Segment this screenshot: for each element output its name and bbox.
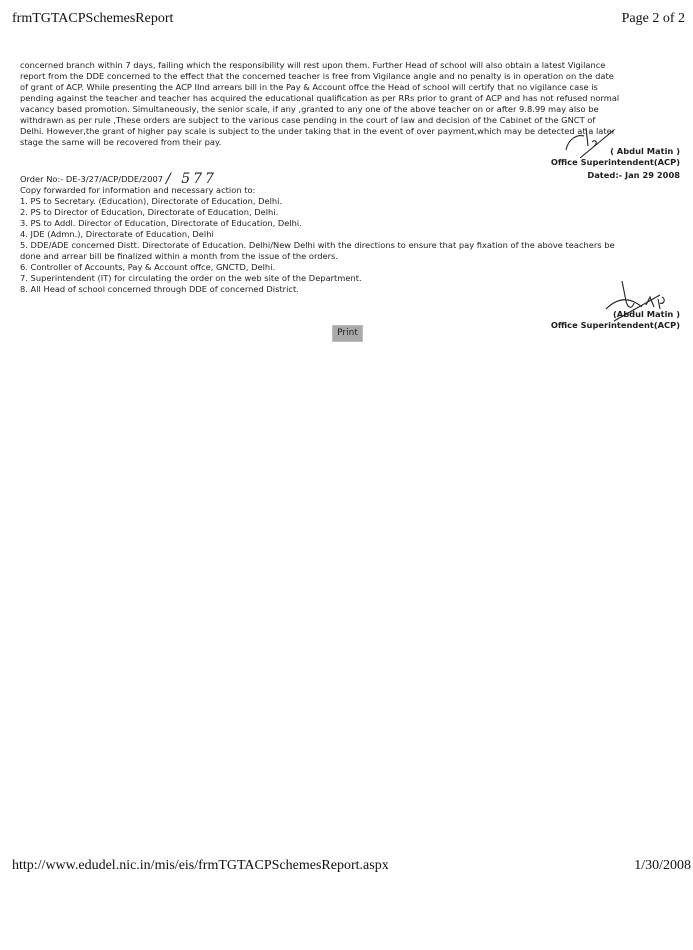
copy-list-item: done and arrear bill be finalized within… [20,251,680,262]
copy-list-item: 7. Superintendent (IT) for circulating t… [20,273,680,284]
paragraph-line: vacancy based promotion. Simultaneously,… [20,104,680,115]
paragraph-line: Delhi. However,the grant of higher pay s… [20,126,680,137]
copy-list-item: 6. Controller of Accounts, Pay & Account… [20,262,680,273]
handwritten-order-number: / 577 [166,174,217,185]
signatory-name: ( Abdul Matin ) [20,146,680,157]
signatory-designation: Office Superintendent(ACP) [20,157,680,168]
copy-list-item: 4. JDE (Admn.), Directorate of Education… [20,229,680,240]
order-number: Order No:- DE-3/27/ACP/DDE/2007/ 577 [20,173,680,185]
copy-list-item: 3. PS to Addl. Director of Education, Di… [20,218,680,229]
print-date: 1/30/2008 [634,858,691,874]
order-number-label: Order No:- DE-3/27/ACP/DDE/2007 [20,174,163,184]
paragraph-line: concerned branch within 7 days, failing … [20,60,680,71]
copy-list-item: 1. PS to Secretary. (Education), Directo… [20,196,680,207]
print-footer: http://www.edudel.nic.in/mis/eis/frmTGTA… [12,858,685,874]
copy-list-item: 2. PS to Director of Education, Director… [20,207,680,218]
print-button-container: Print [0,322,693,342]
copy-forwarded-section: Copy forwarded for information and neces… [20,185,680,295]
print-header: frmTGTACPSchemesReport Page 2 of 2 [12,11,685,27]
copy-list-item: 8. All Head of school concerned through … [20,284,680,295]
copy-list-item: 5. DDE/ADE concerned Distt. Directorate … [20,240,680,251]
print-button[interactable]: Print [332,325,363,342]
page-url: http://www.edudel.nic.in/mis/eis/frmTGTA… [12,858,389,874]
signatory-name: (Abdul Matin ) [20,309,680,320]
page-number: Page 2 of 2 [622,11,685,27]
document-title: frmTGTACPSchemesReport [12,11,173,27]
body-paragraph: concerned branch within 7 days, failing … [20,60,680,148]
paragraph-line: of grant of ACP. While presenting the AC… [20,82,680,93]
copy-intro: Copy forwarded for information and neces… [20,185,680,196]
paragraph-line: withdrawn as per rule ,These orders are … [20,115,680,126]
report-content: concerned branch within 7 days, failing … [20,60,680,331]
paragraph-line: pending against the teacher and teacher … [20,93,680,104]
paragraph-line: report from the DDE concerned to the eff… [20,71,680,82]
